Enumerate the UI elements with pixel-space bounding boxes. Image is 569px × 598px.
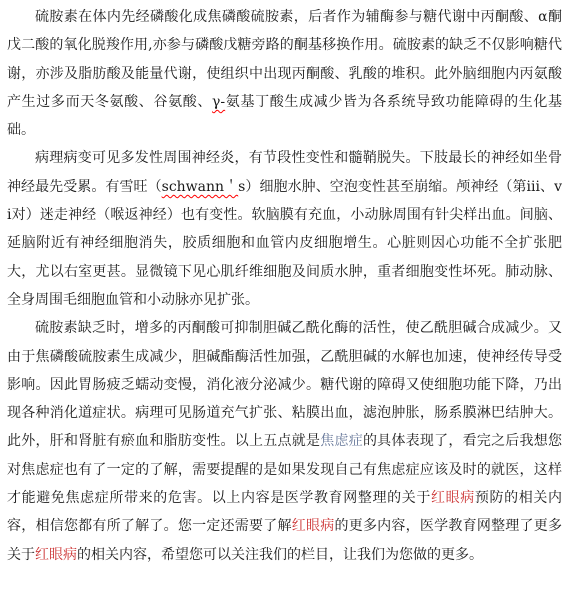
paragraph-2: 病理病变可见多发性周围神经炎，有节段性变性和髓鞘脱失。下肢最长的神经如坐骨神经最… xyxy=(7,144,562,314)
spellcheck-flagged-text: γ- xyxy=(212,94,225,110)
paragraph-3: 硫胺素缺乏时，增多的丙酮酸可抑制胆碱乙酰化酶的活性，使乙酰胆碱合成减少。又由于焦… xyxy=(7,314,562,569)
red-eye-disease-link[interactable]: 红眼病 xyxy=(292,518,335,534)
red-eye-disease-link[interactable]: 红眼病 xyxy=(431,490,475,506)
anxiety-disorder-link[interactable]: 焦虑症 xyxy=(320,433,363,449)
spellcheck-flagged-text: schwann＇ xyxy=(162,179,239,195)
text-run: 硫胺素缺乏时，增多的丙酮酸可抑制胆碱乙酰化酶的活性，使乙酰胆碱合成减少。又由于焦… xyxy=(7,320,562,449)
article-body: 硫胺素在体内先经磷酸化成焦磷酸硫胺素，后者作为辅酶参与糖代谢中丙酮酸、α酮戊二酸… xyxy=(0,0,569,598)
paragraph-1: 硫胺素在体内先经磷酸化成焦磷酸硫胺素，后者作为辅酶参与糖代谢中丙酮酸、α酮戊二酸… xyxy=(7,3,562,144)
red-eye-disease-link[interactable]: 红眼病 xyxy=(35,547,77,563)
text-run: 的相关内容，希望您可以关注我们的栏目，让我们为您做的更多。 xyxy=(77,547,483,563)
text-run: s）细胞水肿、空泡变性甚至崩缩。颅神经（第iii、vi对）迷走神经（喉返神经）也… xyxy=(7,179,562,308)
